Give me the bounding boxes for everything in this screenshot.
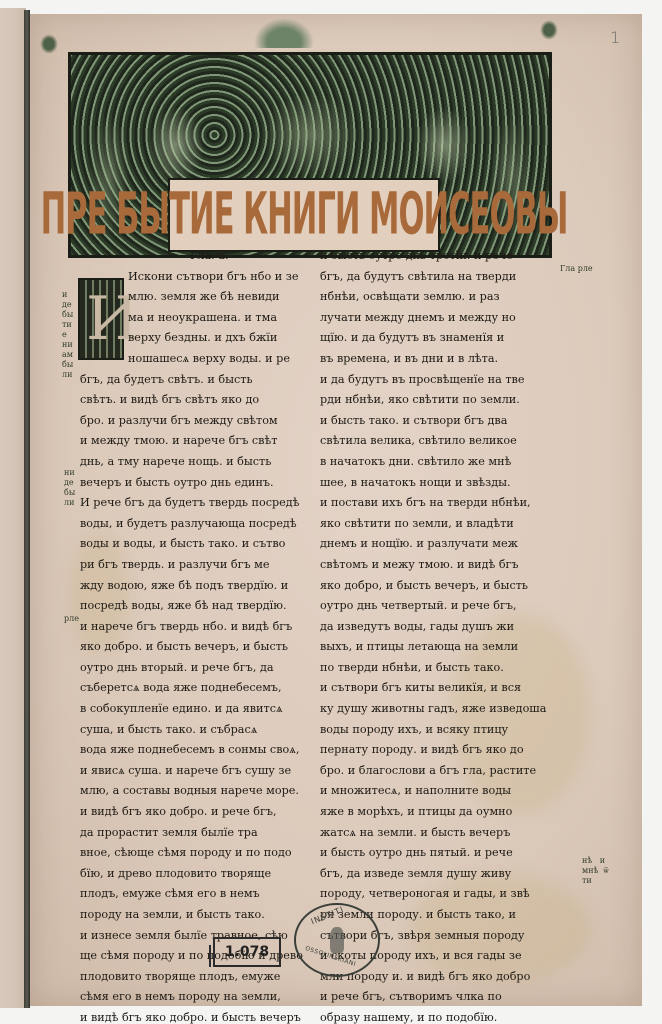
text-line: ри бгъ твердь. и разлучи бгъ ме bbox=[80, 555, 312, 576]
text-line: въ времена, и въ дни и в лѣта. bbox=[320, 349, 556, 370]
text-line: да изведутъ воды, гады душъ жи bbox=[320, 617, 556, 638]
text-line: бгъ, да будутъ свѣтила на тверди bbox=[320, 267, 556, 288]
text-line: ку душу животны гадъ, яже изведоша bbox=[320, 699, 556, 720]
chapter-heading: Гла. а. bbox=[80, 246, 312, 267]
text-line: оутро днь четвертый. и рече бгъ, bbox=[320, 596, 556, 617]
text-line: и видѣ бгъ яко добро. и рече бгъ, bbox=[80, 802, 312, 823]
text-line: лучати между днемъ и между но bbox=[320, 308, 556, 329]
text-line: посредѣ воды, яже бѣ над твердїю. bbox=[80, 596, 312, 617]
text-line: яко свѣтити по земли, и владѣти bbox=[320, 514, 556, 535]
folio-number: 1 bbox=[610, 28, 620, 47]
stamp-top-text: INSTITI bbox=[310, 905, 346, 926]
shelfmark-label: 1.078 bbox=[213, 937, 281, 967]
text-line: млю, а составы водныя нарече море. bbox=[80, 781, 312, 802]
book-title: ПРЕ БЫТИЕ КНИГИ МОИСЕОВЫ bbox=[41, 181, 568, 249]
text-line: свѣтила велика, свѣтило великое bbox=[320, 431, 556, 452]
text-line: плодовито творяще плодъ, емуже bbox=[80, 967, 312, 988]
text-line: воды и воды, и бысть тако. и сътво bbox=[80, 534, 312, 555]
text-line: верху бездны. и дхъ бжїи bbox=[80, 328, 312, 349]
text-line: и между тмою. и нарече бгъ свѣт bbox=[80, 431, 312, 452]
text-column-left: Гла. а. Искони сътвори бгъ нбо и зе млю.… bbox=[80, 246, 312, 1024]
text-line: Искони сътвори бгъ нбо и зе bbox=[80, 267, 312, 288]
text-line: и да будутъ въ просвѣщенїе на тве bbox=[320, 370, 556, 391]
text-line: выхъ, и птицы летающа на земли bbox=[320, 637, 556, 658]
text-line: вечеръ и бысть оутро днь единъ. bbox=[80, 473, 312, 494]
text-line: сѣмя его в немъ породу на земли, bbox=[80, 987, 312, 1008]
text-line: бгъ, да изведе земля душу живу bbox=[320, 864, 556, 885]
text-line: и множитесѧ, и наполните воды bbox=[320, 781, 556, 802]
text-line: жду водою, яже бѣ подъ твердїю. и bbox=[80, 576, 312, 597]
text-line: бїю, и древо плодовито творяще bbox=[80, 864, 312, 885]
text-line: бгъ, да будетъ свѣтъ. и бысть bbox=[80, 370, 312, 391]
text-line: породу, четвероногая и гады, и звѣ bbox=[320, 884, 556, 905]
text-line: в собокупленїе едино. и да явитсѧ bbox=[80, 699, 312, 720]
margin-note: Гла рле bbox=[560, 264, 593, 274]
text-line: воды породу ихъ, и всяку птицу bbox=[320, 720, 556, 741]
text-line: образу нашему, и по подобїю. bbox=[320, 1008, 556, 1024]
text-line: шее, в начатокъ нощи и звѣзды. bbox=[320, 473, 556, 494]
stamp-emblem-icon bbox=[330, 927, 344, 953]
text-line: и явисѧ суша. и нарече бгъ сушу зе bbox=[80, 761, 312, 782]
text-line: И рече бгъ да будетъ твердь посредѣ bbox=[80, 493, 312, 514]
text-line: щїю. и да будутъ въ знаменїя и bbox=[320, 328, 556, 349]
text-line: суша, и бысть тако. и събрасѧ bbox=[80, 720, 312, 741]
facing-page-edge bbox=[0, 8, 26, 1008]
text-line: в начатокъ дни. свѣтило же мнѣ bbox=[320, 452, 556, 473]
text-line: и бысть тако. и сътвори бгъ два bbox=[320, 411, 556, 432]
text-line: ма и неоукрашена. и тма bbox=[80, 308, 312, 329]
text-line: яко добро, и бысть вечеръ, и бысть bbox=[320, 576, 556, 597]
text-line: воды, и будетъ разлучающа посредѣ bbox=[80, 514, 312, 535]
text-line: породу на земли, и бысть тако. bbox=[80, 905, 312, 926]
text-line: ношашесѧ верху воды. и ре bbox=[80, 349, 312, 370]
text-line: съберетсѧ вода яже поднебесемъ, bbox=[80, 678, 312, 699]
text-line: по тверди нбнѣи, и бысть тако. bbox=[320, 658, 556, 679]
library-stamp: INSTITI OSSOLINSKIANI bbox=[294, 903, 380, 977]
text-line: рди нбнѣи, яко свѣтити по земли. bbox=[320, 390, 556, 411]
text-line: нбнѣи, освѣщати землю. и раз bbox=[320, 287, 556, 308]
text-line: вода яже поднебесемъ в сонмы своѧ, bbox=[80, 740, 312, 761]
text-line: млю. земля же бѣ невиди bbox=[80, 287, 312, 308]
text-line: свѣтъ. и видѣ бгъ свѣтъ яко до bbox=[80, 390, 312, 411]
text-line: плодъ, емуже сѣмя его в немъ bbox=[80, 884, 312, 905]
text-line: да прорастит земля былїе тра bbox=[80, 823, 312, 844]
text-line: и рече бгъ, сътворимъ члка по bbox=[320, 987, 556, 1008]
corner-flower-icon bbox=[40, 34, 58, 54]
text-line: днь, а тму нарече нощь. и бысть bbox=[80, 452, 312, 473]
text-line: пернату породу. и видѣ бгъ яко до bbox=[320, 740, 556, 761]
title-banner: ПРЕ БЫТИЕ КНИГИ МОИСЕОВЫ bbox=[168, 178, 440, 252]
text-line: и бысть оутро днь пятый. и рече bbox=[320, 843, 556, 864]
margin-note: ни де бы ли bbox=[64, 468, 75, 508]
margin-note: рле bbox=[64, 614, 79, 624]
text-line: свѣтомъ и межу тмою. и видѣ бгъ bbox=[320, 555, 556, 576]
text-line: бро. и благослови а бгъ гла, растите bbox=[320, 761, 556, 782]
text-line: яже в морѣхъ, и птицы да оумно bbox=[320, 802, 556, 823]
text-line: яко добро. и бысть вечеръ, и бысть bbox=[80, 637, 312, 658]
text-line: и нарече бгъ твердь нбо. и видѣ бгъ bbox=[80, 617, 312, 638]
text-line: и сътвори бгъ киты великїя, и вся bbox=[320, 678, 556, 699]
text-line: и видѣ бгъ яко добро. и бысть вечеръ bbox=[80, 1008, 312, 1024]
margin-note: нѣ и мнѣ ѿ ти bbox=[582, 856, 609, 886]
text-line: и бысть оутро днь третїи. и рече bbox=[320, 246, 556, 267]
text-line: и постави ихъ бгъ на тверди нбнѣи, bbox=[320, 493, 556, 514]
corner-flower-icon bbox=[540, 20, 558, 40]
text-line: оутро днь вторый. и рече бгъ, да bbox=[80, 658, 312, 679]
crown-ornament-icon bbox=[254, 18, 314, 48]
text-line: бро. и разлучи бгъ между свѣтом bbox=[80, 411, 312, 432]
text-line: днемъ и нощїю. и разлучати меж bbox=[320, 534, 556, 555]
margin-note: и де бы ти е ни ам бы ли bbox=[62, 290, 73, 380]
text-line: жатсѧ на земли. и бысть вечеръ bbox=[320, 823, 556, 844]
text-line: вное, сѣюще сѣмя породу и по подо bbox=[80, 843, 312, 864]
